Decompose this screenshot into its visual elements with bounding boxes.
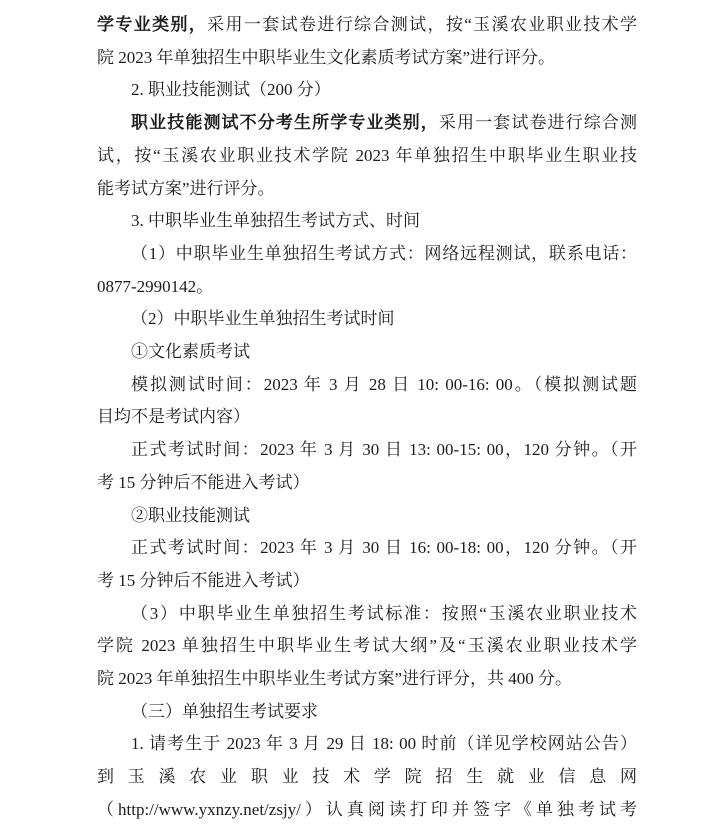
text-line: （三）单独招生考试要求 (97, 696, 637, 729)
text-run: 院 2023 年单独招生中职毕业生考试方案”进行评分，共 400 分。 (97, 669, 572, 688)
document-page: 学专业类别，采用一套试卷进行综合测试，按“玉溪农业职业技术学院 2023 年单独… (0, 0, 702, 830)
text-run: ①文化素质考试 (131, 342, 250, 361)
text-run: 2. 职业技能测试（200 分） (131, 80, 331, 99)
text-run: （2）中职毕业生单独招生考试时间 (131, 309, 395, 328)
text-line: 正式考试时间：2023 年 3 月 30 日 16: 00-18: 00，120… (97, 532, 637, 565)
bold-text-run: 职业技能测试不分考生所学专业类别， (131, 113, 439, 132)
text-run: 试，按“玉溪农业职业技术学院 2023 年单独招生中职毕业生职业技 (97, 146, 637, 165)
text-line: 院 2023 年单独招生中职毕业生考试方案”进行评分，共 400 分。 (97, 663, 637, 696)
text-run: 正式考试时间：2023 年 3 月 30 日 16: 00-18: 00，120… (131, 538, 637, 557)
text-run: ②职业技能测试 (131, 506, 250, 525)
text-run: （http://www.yxnzy.net/zsjy/）认真阅读打印并签字《单独… (97, 800, 637, 819)
text-line: （3）中职毕业生单独招生考试标准：按照“玉溪农业职业技术 (97, 598, 637, 631)
text-line: 考 15 分钟后不能进入考试） (97, 467, 637, 500)
text-line: 2. 职业技能测试（200 分） (97, 74, 637, 107)
text-line: ①文化素质考试 (97, 336, 637, 369)
text-run: 采用一套试卷进行综合测 (439, 113, 637, 132)
text-run: 1. 请考生于 2023 年 3 月 29 日 18: 00 时前（详见学校网站… (131, 734, 637, 753)
text-run: 考 15 分钟后不能进入考试） (97, 571, 310, 590)
text-run: 0877-2990142。 (97, 277, 213, 296)
text-run: 考 15 分钟后不能进入考试） (97, 473, 310, 492)
text-run: （3）中职毕业生单独招生考试标准：按照“玉溪农业职业技术 (131, 604, 637, 623)
text-line: 能考试方案”进行评分。 (97, 173, 637, 206)
bold-text-run: 学专业类别， (97, 15, 207, 34)
text-line: 学院 2023 单独招生中职毕业生考试大纲”及“玉溪农业职业技术学 (97, 630, 637, 663)
text-line: 学专业类别，采用一套试卷进行综合测试，按“玉溪农业职业技术学 (97, 9, 637, 42)
text-line: 1. 请考生于 2023 年 3 月 29 日 18: 00 时前（详见学校网站… (97, 728, 637, 761)
text-line: 正式考试时间：2023 年 3 月 30 日 13: 00-15: 00，120… (97, 434, 637, 467)
text-run: 到玉溪农业职业技术学院招生就业信息网 (97, 767, 637, 786)
text-run: 目均不是考试内容） (97, 407, 250, 426)
text-line: 模拟测试时间：2023 年 3 月 28 日 10: 00-16: 00。（模拟… (97, 369, 637, 402)
text-line: 试，按“玉溪农业职业技术学院 2023 年单独招生中职毕业生职业技 (97, 140, 637, 173)
text-run: 3. 中职毕业生单独招生考试方式、时间 (131, 211, 420, 230)
text-line: 3. 中职毕业生单独招生考试方式、时间 (97, 205, 637, 238)
text-line: 院 2023 年单独招生中职毕业生文化素质考试方案”进行评分。 (97, 42, 637, 75)
text-run: 模拟测试时间：2023 年 3 月 28 日 10: 00-16: 00。（模拟… (131, 375, 637, 394)
text-run: 学院 2023 单独招生中职毕业生考试大纲”及“玉溪农业职业技术学 (97, 636, 637, 655)
text-run: （1）中职毕业生单独招生考试方式：网络远程测试，联系电话： (131, 244, 637, 263)
text-line: （1）中职毕业生单独招生考试方式：网络远程测试，联系电话： (97, 238, 637, 271)
text-run: （三）单独招生考试要求 (131, 702, 318, 721)
text-line: （http://www.yxnzy.net/zsjy/）认真阅读打印并签字《单独… (97, 794, 637, 827)
text-run: 能考试方案”进行评分。 (97, 179, 275, 198)
text-line: 考 15 分钟后不能进入考试） (97, 565, 637, 598)
text-line: 0877-2990142。 (97, 271, 637, 304)
text-line: 到玉溪农业职业技术学院招生就业信息网 (97, 761, 637, 794)
text-line: （2）中职毕业生单独招生考试时间 (97, 303, 637, 336)
text-run: 采用一套试卷进行综合测试，按“玉溪农业职业技术学 (207, 15, 637, 34)
text-line: 目均不是考试内容） (97, 401, 637, 434)
text-line: 职业技能测试不分考生所学专业类别，采用一套试卷进行综合测 (97, 107, 637, 140)
text-run: 正式考试时间：2023 年 3 月 30 日 13: 00-15: 00，120… (131, 440, 637, 459)
text-run: 院 2023 年单独招生中职毕业生文化素质考试方案”进行评分。 (97, 48, 555, 67)
text-line: ②职业技能测试 (97, 500, 637, 533)
document-text-block: 学专业类别，采用一套试卷进行综合测试，按“玉溪农业职业技术学院 2023 年单独… (97, 9, 637, 827)
